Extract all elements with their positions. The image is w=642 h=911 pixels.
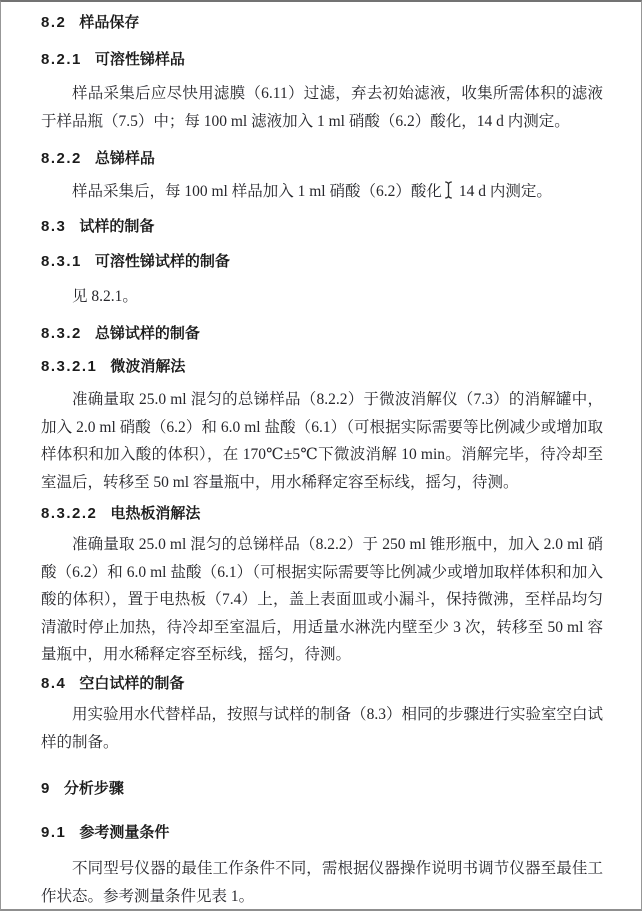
heading-title: 总锑样品 — [95, 150, 155, 167]
heading-8-3-test-sample-preparation: 8.3试样的制备 — [41, 218, 603, 235]
heading-number: 8.3.2 — [41, 325, 82, 342]
i-beam-text-cursor — [444, 181, 453, 199]
paragraph-reference-measurement-conditions: 不同型号仪器的最佳工作条件不同，需根据仪器操作说明书调节仪器至最佳工作状态。参考… — [41, 855, 603, 910]
heading-number: 8.3.2.1 — [41, 358, 97, 375]
heading-number: 8.3.1 — [41, 253, 82, 270]
heading-8-3-2-total-antimony-test-sample: 8.3.2总锑试样的制备 — [41, 325, 603, 342]
heading-number: 8.3.2.2 — [41, 505, 97, 522]
heading-number: 9 — [41, 780, 51, 797]
heading-9-1-reference-measurement-conditions: 9.1参考测量条件 — [41, 824, 603, 841]
heading-title: 可溶性锑试样的制备 — [95, 253, 230, 270]
heading-title: 样品保存 — [79, 14, 139, 31]
heading-8-3-1-soluble-antimony-test-sample: 8.3.1可溶性锑试样的制备 — [41, 253, 603, 270]
heading-number: 8.2 — [41, 14, 66, 31]
document-page: 8.2样品保存 8.2.1可溶性锑样品 样品采集后应尽快用滤膜（6.11）过滤，… — [0, 0, 642, 911]
heading-title: 总锑试样的制备 — [95, 325, 200, 342]
heading-number: 8.3 — [41, 218, 66, 235]
paragraph-text-after-cursor: 14 d 内测定。 — [459, 183, 552, 200]
paragraph-text-before-cursor: 样品采集后，每 100 ml 样品加入 1 ml 硝酸（6.2）酸化 — [72, 183, 442, 200]
heading-number: 8.2.2 — [41, 150, 82, 167]
heading-number: 8.4 — [41, 675, 66, 692]
heading-title: 电热板消解法 — [110, 505, 200, 522]
heading-8-2-sample-preservation: 8.2样品保存 — [41, 14, 603, 31]
heading-title: 参考测量条件 — [79, 824, 169, 841]
heading-title: 分析步骤 — [64, 780, 124, 797]
heading-8-3-2-2-hotplate-digestion: 8.3.2.2电热板消解法 — [41, 505, 603, 522]
heading-8-2-2-total-antimony-sample: 8.2.2总锑样品 — [41, 150, 603, 167]
heading-8-3-2-1-microwave-digestion: 8.3.2.1微波消解法 — [41, 358, 603, 375]
heading-9-analysis-steps: 9分析步骤 — [41, 780, 603, 797]
paragraph-soluble-antimony-sample: 样品采集后应尽快用滤膜（6.11）过滤，弃去初始滤液，收集所需体积的滤液于样品瓶… — [41, 80, 603, 135]
heading-title: 微波消解法 — [110, 358, 185, 375]
heading-number: 9.1 — [41, 824, 66, 841]
paragraph-total-antimony-sample: 样品采集后，每 100 ml 样品加入 1 ml 硝酸（6.2）酸化14 d 内… — [41, 178, 603, 206]
heading-title: 空白试样的制备 — [79, 675, 184, 692]
heading-title: 试样的制备 — [79, 218, 154, 235]
heading-title: 可溶性锑样品 — [95, 51, 185, 68]
heading-number: 8.2.1 — [41, 51, 82, 68]
paragraph-microwave-digestion: 准确量取 25.0 ml 混匀的总锑样品（8.2.2）于微波消解仪（7.3）的消… — [41, 386, 603, 496]
paragraph-hotplate-digestion: 准确量取 25.0 ml 混匀的总锑样品（8.2.2）于 250 ml 锥形瓶中… — [41, 531, 603, 669]
heading-8-4-blank-test-sample: 8.4空白试样的制备 — [41, 675, 603, 692]
paragraph-see-8-2-1: 见 8.2.1。 — [41, 283, 603, 311]
paragraph-blank-test-sample: 用实验用水代替样品，按照与试样的制备（8.3）相同的步骤进行实验室空白试样的制备… — [41, 701, 603, 756]
heading-8-2-1-soluble-antimony-sample: 8.2.1可溶性锑样品 — [41, 51, 603, 68]
